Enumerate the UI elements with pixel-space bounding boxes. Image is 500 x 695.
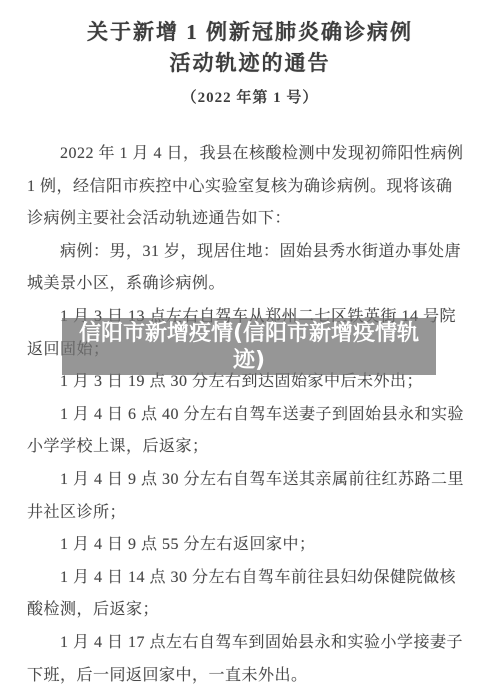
scanned-notice-page: 关于新增 1 例新冠肺炎确诊病例 活动轨迹的通告 （2022 年第 1 号） 2… [0, 0, 500, 695]
notice-body-line: 小学学校上课，后返家； [27, 431, 477, 464]
notice-body-line: 1 月 4 日 9 点 55 分左右返回家中； [27, 529, 477, 562]
notice-body-line: 2022 年 1 月 4 日，我县在核酸检测中发现初筛阳性病例 [27, 138, 477, 171]
notice-body-line: 1 月 4 日 9 点 30 分左右自驾车送其亲属前往红苏路二里 [27, 464, 477, 497]
overlay-caption-line-1: 信阳市新增疫情(信阳市新增疫情轨 [62, 320, 436, 347]
notice-body-line: 酸检测，后返家； [27, 594, 477, 627]
notice-title-line-1: 关于新增 1 例新冠肺炎确诊病例 [0, 17, 500, 48]
notice-body-line: 井社区诊所； [27, 497, 477, 530]
notice-body-line: 诊病例主要社会活动轨迹通告如下： [27, 203, 477, 236]
notice-body-line: 下班，后一同返回家中，一直未外出。 [27, 660, 477, 693]
notice-body-line: 城美景小区，系确诊病例。 [27, 268, 477, 301]
notice-body-line: 1 例，经信阳市疾控中心实验室复核为确诊病例。现将该确 [27, 171, 477, 204]
notice-body-line: 1 月 4 日 6 点 40 分左右自驾车送妻子到固始县永和实验 [27, 399, 477, 432]
notice-title: 关于新增 1 例新冠肺炎确诊病例 活动轨迹的通告 [0, 17, 500, 79]
seo-caption-overlay: 信阳市新增疫情(信阳市新增疫情轨 迹) [62, 318, 436, 375]
notice-title-line-2: 活动轨迹的通告 [0, 48, 500, 79]
notice-body: 2022 年 1 月 4 日，我县在核酸检测中发现初筛阳性病例 1 例，经信阳市… [27, 138, 477, 692]
notice-body-line: 1 月 4 日 17 点左右自驾车到固始县永和实验小学接妻子 [27, 627, 477, 660]
notice-body-line: 1 月 4 日 14 点 30 分左右自驾车前往县妇幼保健院做核 [27, 562, 477, 595]
notice-body-line: 病例：男，31 岁，现居住地：固始县秀水街道办事处唐 [27, 236, 477, 269]
notice-doc-number: （2022 年第 1 号） [0, 86, 500, 107]
overlay-caption-line-2: 迹) [62, 347, 436, 374]
